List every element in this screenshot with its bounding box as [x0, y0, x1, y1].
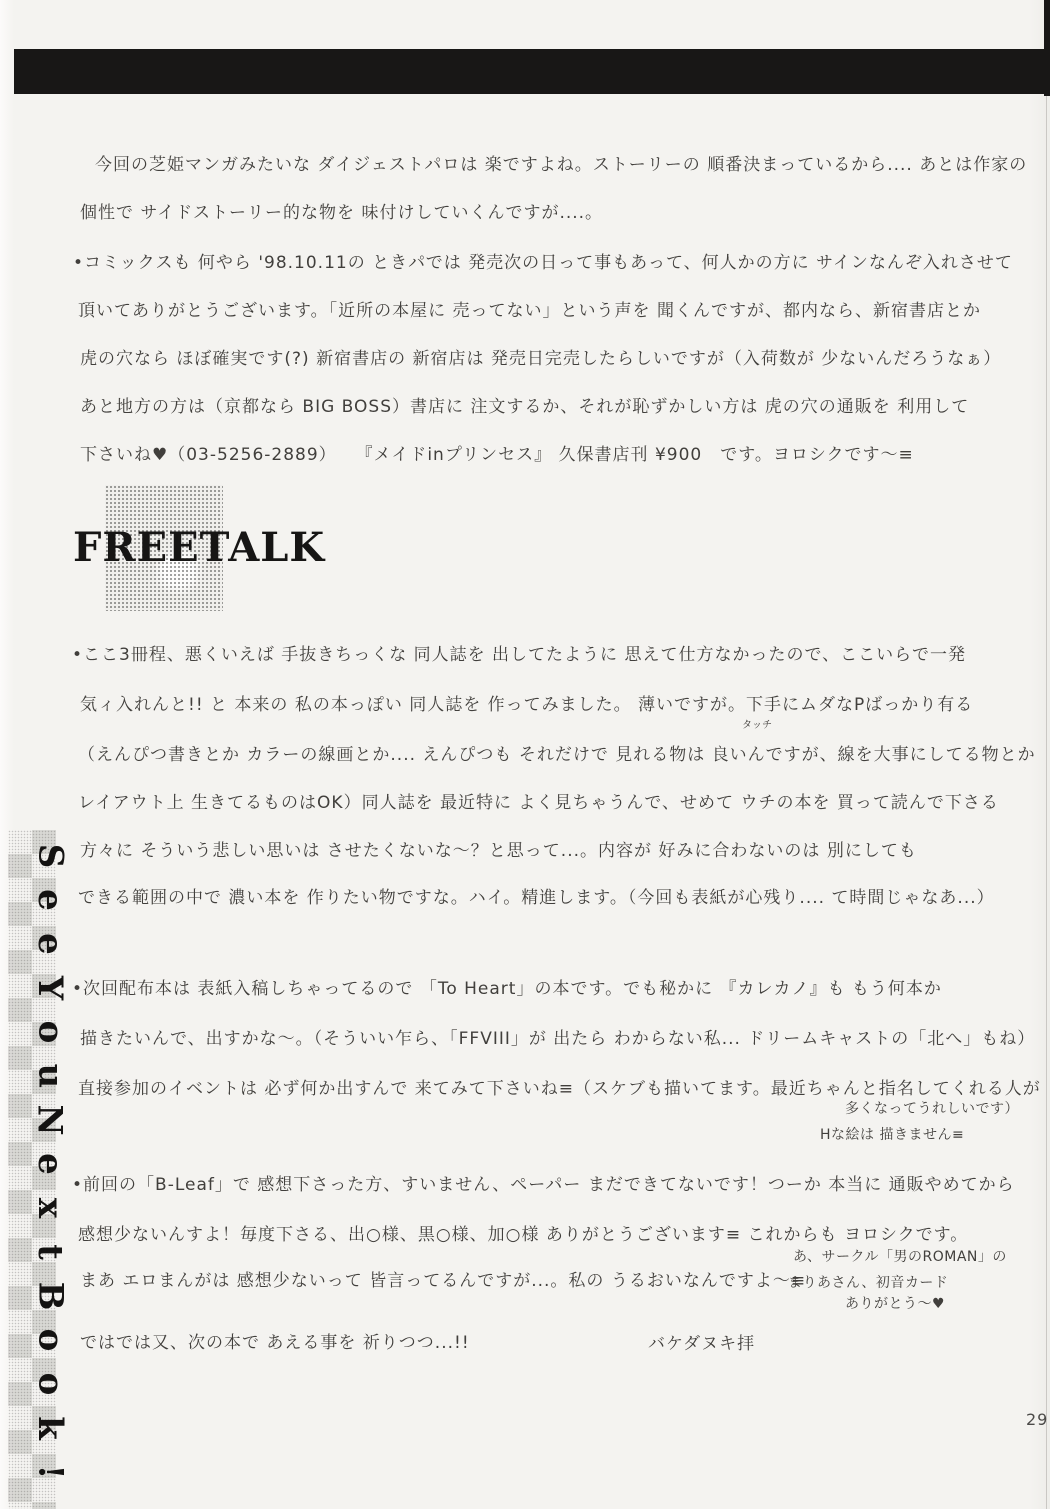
side-text-letter: S [28, 844, 72, 869]
side-vertical-text: SeeYouNextBook! [30, 834, 70, 1494]
right-edge-black-strip [1044, 0, 1050, 96]
side-text-letter: o [28, 1329, 72, 1352]
handwritten-line: 感想少ないんすよ！毎度下さる、出○様、黒○様、加○様 ありがとうございます≡ こ… [78, 1220, 968, 1245]
side-text-letter: e [28, 933, 72, 955]
side-text-letter: N [28, 1104, 72, 1135]
handwritten-note: あ、サークル「男のROMAN」の [793, 1246, 1007, 1266]
handwritten-line: 方々に そういう悲しい思いは させたくないな〜？と思って...。内容が 好みに合… [80, 836, 917, 861]
handwritten-line: 気ィ入れんと!! と 本来の 私の本っぽい 同人誌を 作ってみました。 薄いです… [80, 690, 973, 715]
handwritten-line: 描きたいんで、出すかな〜。（そういい乍ら、「FFVIII」が 出たら わからない… [80, 1024, 1035, 1049]
handwritten-line: 個性で サイドストーリー的な物を 味付けしていくんですが....。 [80, 198, 603, 223]
handwritten-line: 下さいね♥（03-5256-2889） 『メイドinプリンセス』 久保書店刊 ¥… [80, 440, 914, 465]
freetalk-heading: FREETALK [73, 524, 325, 571]
scanned-doujinshi-page: 今回の芝姫マンガみたいな ダイジェストパロは 楽ですよね。ストーリーの 順番決ま… [0, 0, 1050, 1509]
handwritten-line: 直接参加のイベントは 必ず何か出すんで 来てみて下さいね≡（スケブも描いてます。… [78, 1074, 1041, 1099]
handwritten-line: •次回配布本は 表紙入稿しちゃってるので 「To Heart」の本です。でも秘か… [72, 974, 942, 999]
side-text-letter: x [28, 1198, 72, 1218]
side-text-letter: Y [28, 976, 72, 1000]
side-text-letter: o [28, 1021, 72, 1044]
handwritten-line: •コミックスも 何やら '98.10.11の ときパでは 発売次の日って事もあっ… [73, 248, 1013, 273]
handwritten-line: •前回の「B-Leaf」で 感想下さった方、すいません、ペーパー まだできてない… [72, 1170, 1015, 1195]
side-text-letter: o [28, 1373, 72, 1396]
page-number: 29 [1026, 1410, 1048, 1429]
side-text-letter: k [28, 1416, 72, 1440]
handwritten-line: 虎の穴なら ほぼ確実です(?) 新宿書店の 新宿店は 発売日完売したらしいですが… [80, 344, 1001, 369]
author-signature: バケダヌキ拝 [648, 1329, 755, 1354]
side-text-letter: u [28, 1064, 72, 1089]
handwritten-note: Hな絵は 描きません≡ [820, 1124, 964, 1144]
handwritten-line: あと地方の方は（京都なら BIG BOSS）書店に 注文するか、それが恥ずかしい… [80, 392, 969, 417]
closing-line: ではでは又、次の本で あえる事を 祈りつつ...!! [80, 1328, 470, 1353]
handwritten-line: できる範囲の中で 濃い本を 作りたい物ですな。ハイ。精進します。（今回も表紙が心… [78, 883, 995, 908]
handwritten-line: •ここ3冊程、悪くいえば 手抜きちっくな 同人誌を 出してたように 思えて仕方な… [72, 640, 966, 665]
handwritten-note: ありがとう〜♥ [845, 1293, 945, 1313]
handwritten-line: 今回の芝姫マンガみたいな ダイジェストパロは 楽ですよね。ストーリーの 順番決ま… [95, 150, 1027, 175]
side-text-letter: e [28, 889, 72, 911]
handwritten-note: まりあさん、初音カード [788, 1272, 948, 1292]
top-black-bar [14, 49, 1050, 94]
furigana-note: タッチ [742, 716, 772, 731]
handwritten-note: 多くなってうれしいです） [845, 1098, 1019, 1118]
side-text-letter: t [28, 1244, 72, 1260]
page-edge-line [1046, 96, 1047, 1509]
side-text-letter: B [28, 1282, 72, 1311]
side-text-letter: e [28, 1153, 72, 1175]
handwritten-line: レイアウト上 生きてるものはOK）同人誌を 最近特に よく見ちゃうんで、せめて … [78, 788, 999, 813]
side-text-letter: ! [28, 1465, 72, 1480]
handwritten-line: まあ エロまんがは 感想少ないって 皆言ってるんですが...。私の うるおいなん… [80, 1266, 806, 1291]
handwritten-line: 頂いてありがとうございます。「近所の本屋に 売ってない」という声を 聞くんですが… [78, 296, 981, 321]
handwritten-line: （えんぴつ書きとか カラーの線画とか.... えんぴつも それだけで 見れる物は… [78, 740, 1036, 765]
